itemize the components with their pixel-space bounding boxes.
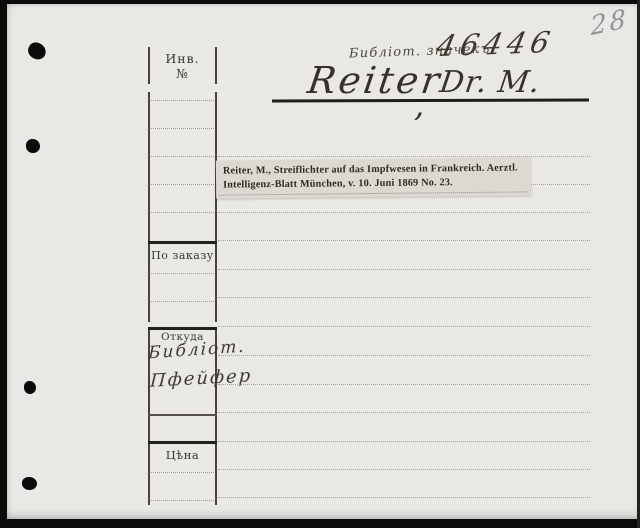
price-section-label: Цѣна <box>148 448 217 462</box>
ruled-line <box>151 273 214 274</box>
ruled-line <box>218 212 590 213</box>
scan-border-top <box>0 0 640 4</box>
section-divider <box>148 441 217 444</box>
ruled-line <box>151 184 214 185</box>
ruled-line <box>151 212 214 213</box>
ruled-line <box>218 355 590 356</box>
inventory-label-line1: Инв. <box>148 51 217 66</box>
punch-hole <box>26 139 40 153</box>
column-left-rule <box>148 47 150 505</box>
ruled-line <box>151 472 214 473</box>
column-rule-gap <box>147 84 218 92</box>
inventory-section-label: Инв. № <box>148 51 217 81</box>
inventory-label-line2: № <box>148 66 217 81</box>
author-comma: , <box>414 86 424 124</box>
section-divider <box>148 241 217 244</box>
ruled-line <box>218 469 590 470</box>
ruled-line <box>218 297 590 298</box>
scan-border-bottom <box>0 519 640 528</box>
section-divider <box>148 414 217 416</box>
punch-hole <box>22 477 37 490</box>
ruled-line <box>218 497 590 498</box>
ruled-line <box>151 500 214 501</box>
scanned-catalog-card-page: { "page": { "handwritten_page_number": "… <box>0 0 640 528</box>
inventory-number: 46446 <box>433 25 557 63</box>
slip-dotted-rule <box>219 191 528 195</box>
ruled-line <box>218 441 590 442</box>
slip-text-line2: Intelligenz-Blatt München, v. 10. Juni 1… <box>223 175 525 192</box>
ruled-line <box>151 156 214 157</box>
ruled-line <box>218 240 590 241</box>
ruled-line <box>151 128 214 129</box>
column-right-rule <box>215 47 217 505</box>
ruled-line <box>151 301 214 302</box>
ruled-line <box>218 412 590 413</box>
ruled-line <box>218 269 590 270</box>
ruled-line <box>151 100 214 101</box>
ruled-line <box>218 156 590 157</box>
ruled-line <box>218 326 590 327</box>
pasted-title-slip: Reiter, M., Streiflichter auf das Impfwe… <box>216 157 531 198</box>
punch-hole <box>24 381 36 394</box>
scan-border-left <box>0 0 7 528</box>
section-divider <box>148 327 217 330</box>
author-title: Dr. M. <box>438 65 543 100</box>
order-section-label: По заказу <box>148 249 217 262</box>
ruled-line <box>218 384 590 385</box>
